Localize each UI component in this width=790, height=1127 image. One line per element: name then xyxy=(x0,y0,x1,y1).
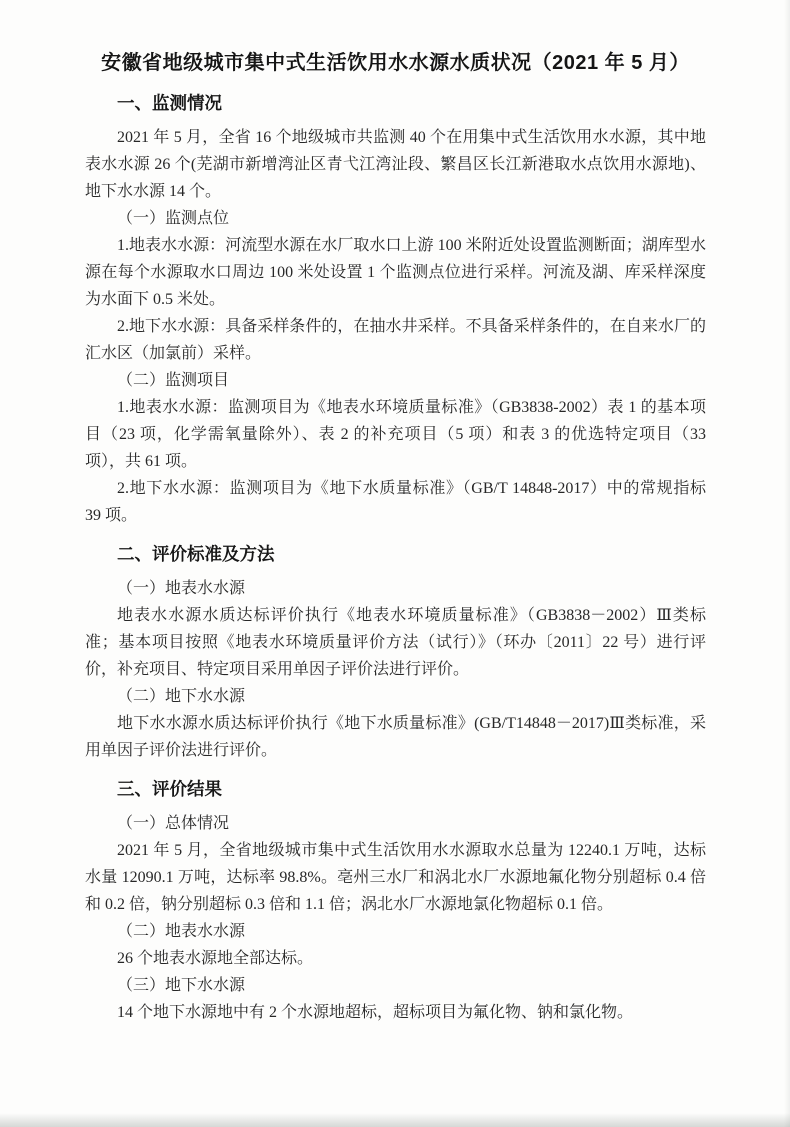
sub-heading-monitoring-points: （一）监测点位 xyxy=(85,205,706,232)
document-title: 安徽省地级城市集中式生活饮用水水源水质状况（2021 年 5 月） xyxy=(85,48,706,78)
paragraph: 1.地表水水源：河流型水源在水厂取水口上游 100 米附近处设置监测断面；湖库型… xyxy=(85,232,706,313)
paragraph: 14 个地下水源地中有 2 个水源地超标，超标项目为氟化物、钠和氯化物。 xyxy=(85,999,706,1026)
paragraph: 地下水水源水质达标评价执行《地下水质量标准》(GB/T14848－2017)Ⅲ类… xyxy=(85,710,706,764)
paragraph: 2021 年 5 月，全省地级城市集中式生活饮用水水源取水总量为 12240.1… xyxy=(85,837,706,918)
section-monitoring: 一、监测情况 2021 年 5 月，全省 16 个地级城市共监测 40 个在用集… xyxy=(85,90,706,529)
scanned-document-page: 安徽省地级城市集中式生活饮用水水源水质状况（2021 年 5 月） 一、监测情况… xyxy=(0,0,790,1127)
paragraph: 1.地表水水源：监测项目为《地表水环境质量标准》（GB3838-2002）表 1… xyxy=(85,394,706,475)
sub-heading-ground-water: （二）地下水水源 xyxy=(85,683,706,710)
section-2-heading: 二、评价标准及方法 xyxy=(85,541,706,567)
paragraph: 2.地下水水源：具备采样条件的，在抽水井采样。不具备采样条件的，在自来水厂的汇水… xyxy=(85,313,706,367)
sub-heading-overall: （一）总体情况 xyxy=(85,810,706,837)
paragraph: 2.地下水水源：监测项目为《地下水质量标准》（GB/T 14848-2017）中… xyxy=(85,475,706,529)
sub-heading-surface-water: （一）地表水水源 xyxy=(85,575,706,602)
sub-heading-surface-water-results: （二）地表水水源 xyxy=(85,918,706,945)
document-content: 安徽省地级城市集中式生活饮用水水源水质状况（2021 年 5 月） 一、监测情况… xyxy=(0,0,790,1026)
sub-heading-monitoring-items: （二）监测项目 xyxy=(85,367,706,394)
paragraph: 地表水水源水质达标评价执行《地表水环境质量标准》（GB3838－2002）Ⅲ类标… xyxy=(85,602,706,683)
section-1-heading: 一、监测情况 xyxy=(85,90,706,116)
paragraph: 26 个地表水源地全部达标。 xyxy=(85,945,706,972)
paragraph: 2021 年 5 月，全省 16 个地级城市共监测 40 个在用集中式生活饮用水… xyxy=(85,124,706,205)
section-evaluation-results: 三、评价结果 （一）总体情况 2021 年 5 月，全省地级城市集中式生活饮用水… xyxy=(85,776,706,1026)
sub-heading-ground-water-results: （三）地下水水源 xyxy=(85,972,706,999)
section-3-heading: 三、评价结果 xyxy=(85,776,706,802)
section-evaluation-standards: 二、评价标准及方法 （一）地表水水源 地表水水源水质达标评价执行《地表水环境质量… xyxy=(85,541,706,764)
